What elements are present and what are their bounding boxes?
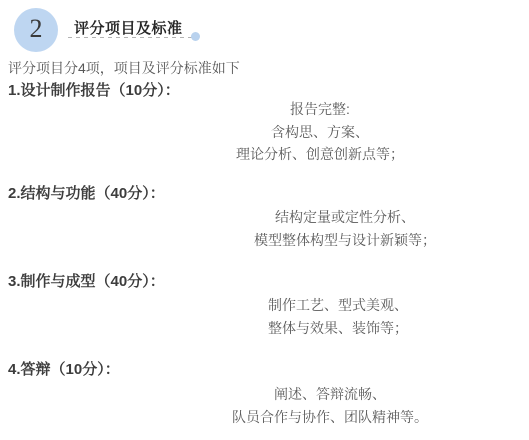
criteria-line: 队员合作与协作、团队精神等。 xyxy=(130,406,529,429)
criteria-line: 制作工艺、型式美观、 xyxy=(146,294,529,317)
underline-end-dot-icon xyxy=(191,32,200,41)
section-3-criteria: 制作工艺、型式美观、 整体与效果、装饰等； xyxy=(146,294,529,339)
criteria-line: 阐述、答辩流畅、 xyxy=(130,383,529,406)
criteria-line: 整体与效果、装饰等； xyxy=(146,317,529,340)
criteria-line: 结构定量或定性分析、 xyxy=(160,206,529,229)
criteria-line: 含构思、方案、 xyxy=(110,121,529,144)
section-1-criteria: 报告完整: 含构思、方案、 理论分析、创意创新点等； xyxy=(110,98,529,166)
section-2-criteria: 结构定量或定性分析、 模型整体构型与设计新颖等； xyxy=(160,206,529,251)
section-2-heading: 2.结构与功能（40分）： xyxy=(8,184,165,204)
step-number-badge: 2 xyxy=(14,8,58,52)
intro-text: 评分项目分4项，项目及评分标准如下 xyxy=(8,58,240,78)
criteria-line: 模型整体构型与设计新颖等； xyxy=(160,229,529,252)
scoring-criteria-document: 2 评分项目及标准 评分项目分4项，项目及评分标准如下 1.设计制作报告（10分… xyxy=(0,0,529,440)
title-dashed-underline xyxy=(68,37,196,38)
section-4-criteria: 阐述、答辩流畅、 队员合作与协作、团队精神等。 xyxy=(130,383,529,428)
criteria-line: 报告完整: xyxy=(110,98,529,121)
section-4-heading: 4.答辩（10分）： xyxy=(8,360,120,380)
section-3-heading: 3.制作与成型（40分）： xyxy=(8,272,165,292)
step-number: 2 xyxy=(30,16,43,42)
criteria-line: 理论分析、创意创新点等； xyxy=(110,143,529,166)
page-title: 评分项目及标准 xyxy=(74,17,183,38)
